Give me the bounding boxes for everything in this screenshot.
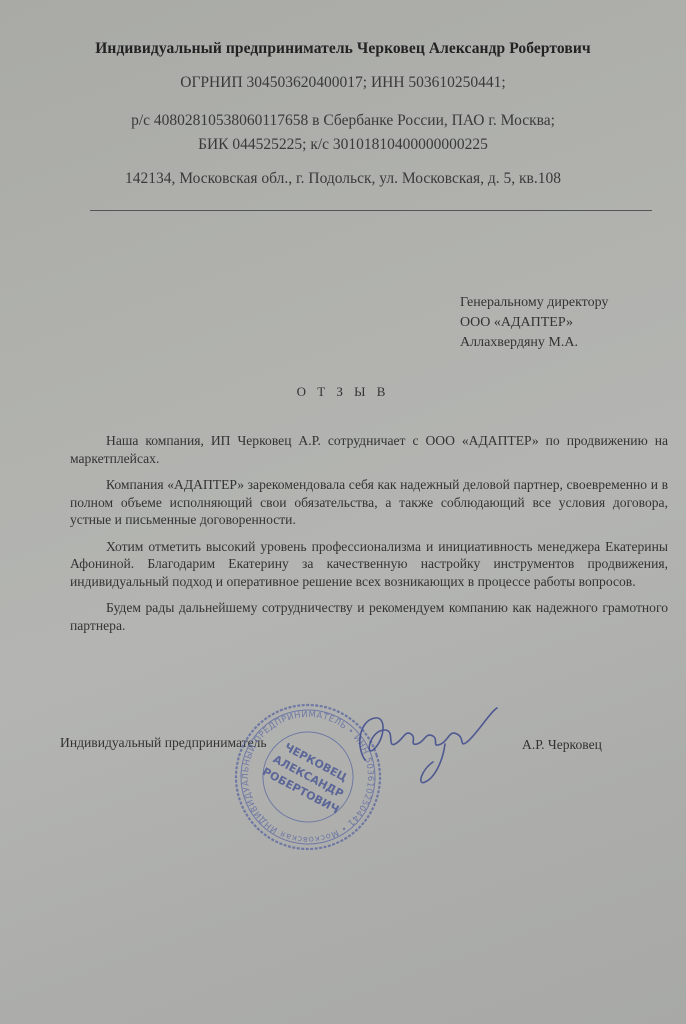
addressee-name: Аллахвердяну М.А. [460,333,608,353]
document-body: Наша компания, ИП Черковец А.Р. сотрудни… [70,432,668,643]
issuer-name: Индивидуальный предприниматель Черковец … [0,40,686,58]
addressee-company: ООО «АДАПТЕР» [460,313,608,333]
document-page: Индивидуальный предприниматель Черковец … [0,0,686,1024]
document-title: О Т З Ы В [0,384,686,400]
addressee-block: Генеральному директору ООО «АДАПТЕР» Алл… [460,293,608,353]
handwritten-signature-icon [325,700,505,785]
body-paragraph: Хотим отметить высокий уровень профессио… [70,538,668,591]
body-paragraph: Наша компания, ИП Черковец А.Р. сотрудни… [70,432,668,467]
addressee-position: Генеральному директору [460,293,608,313]
issuer-bank-account: р/с 40802810538060117658 в Сбербанке Рос… [0,112,686,130]
signer-name: А.Р. Черковец [522,737,602,753]
issuer-bik: БИК 044525225; к/с 30101810400000000225 [0,136,686,154]
issuer-ogrn-inn: ОГРНИП 304503620400017; ИНН 503610250441… [0,74,686,92]
body-paragraph: Будем рады дальнейшему сотрудничеству и … [70,599,668,634]
header-divider [90,210,652,211]
body-paragraph: Компания «АДАПТЕР» зарекомендовала себя … [70,476,668,529]
issuer-address: 142134, Московская обл., г. Подольск, ул… [0,170,686,188]
